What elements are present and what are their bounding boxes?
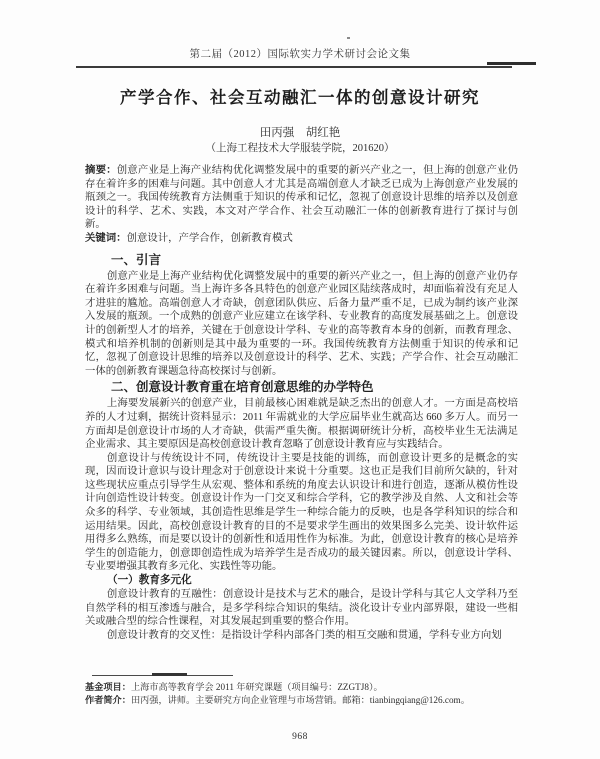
content-column: 摘要：创意产业是上海产业结构优化调整发展中的重要的新兴产业之一，但上海的创意产业… [85, 164, 518, 642]
running-header: 第二届（2012）国际软实力学术研讨会论文集 [0, 46, 600, 61]
affiliation: （上海工程技术大学服装学院，201620） [0, 140, 600, 155]
abstract-label: 摘要： [85, 165, 117, 176]
subsection-1-paragraph-2: 创意设计教育的交叉性：是指设计学科内部各门类的相互交融和贯通，学科专业方向划 [85, 629, 518, 643]
keywords-label: 关键词： [85, 233, 127, 244]
header-rule-artifact [487, 62, 536, 65]
subsection-education-diversification: （一）教育多元化 创意设计教育的互融性：创意设计是技术与艺术的融合，是设计学科与… [85, 574, 518, 642]
scan-artifact-dot [347, 37, 350, 39]
abstract: 摘要：创意产业是上海产业结构优化调整发展中的重要的新兴产业之一，但上海的创意产业… [85, 164, 518, 232]
footnote-separator-artifact [152, 673, 187, 676]
keywords-text: 创意设计，产学合作，创新教育模式 [127, 233, 293, 244]
authors: 田丙强 胡红艳 [0, 124, 600, 140]
section-1-paragraph-1: 创意产业是上海产业结构优化调整发展中的重要的新兴产业之一，但上海的创意产业仍存在… [85, 270, 518, 379]
section-1-heading: 一、引言 [85, 252, 518, 269]
paper-page: 第二届（2012）国际软实力学术研讨会论文集 产学合作、社会互动融汇一体的创意设… [0, 0, 600, 759]
footnote-funding: 基金项目：上海市高等教育学会 2011 年研究课题（项目编号：ZZGTJ8）。 [85, 681, 525, 694]
subsection-1-paragraph-1: 创意设计教育的互融性：创意设计是技术与艺术的融合，是设计学科与其它人文学科乃至自… [85, 588, 518, 629]
footnote-funding-label: 基金项目： [85, 682, 131, 692]
footnote-author-bio: 作者简介：田丙强，讲师。主要研究方向企业管理与市场营销。邮箱：tianbingq… [85, 694, 525, 707]
section-2-paragraph-2: 创意设计与传统设计不同，传统设计主要是技能的训练，而创意设计更多的是概念的实现，… [85, 452, 518, 574]
section-2-paragraph-1: 上海要发展新兴的创意产业，目前最核心困难就是缺乏杰出的创意人才。一方面是高校培养… [85, 397, 518, 451]
paper-title: 产学合作、社会互动融汇一体的创意设计研究 [0, 84, 600, 108]
keywords: 关键词：创意设计，产学合作，创新教育模式 [85, 232, 518, 246]
subsection-1-heading: （一）教育多元化 [85, 574, 518, 588]
section-introduction: 一、引言 创意产业是上海产业结构优化调整发展中的重要的新兴产业之一，但上海的创意… [85, 252, 518, 379]
header-rule [76, 66, 512, 68]
section-2-heading: 二、创意设计教育重在培育创意思维的办学特色 [85, 379, 518, 396]
footnote-author-bio-label: 作者简介： [85, 695, 131, 705]
footnotes: 基金项目：上海市高等教育学会 2011 年研究课题（项目编号：ZZGTJ8）。 … [85, 681, 525, 707]
abstract-text: 创意产业是上海产业结构优化调整发展中的重要的新兴产业之一，但上海的创意产业仍存在… [85, 165, 518, 230]
page-number: 968 [0, 732, 600, 742]
footnote-funding-text: 上海市高等教育学会 2011 年研究课题（项目编号：ZZGTJ8）。 [131, 682, 383, 692]
section-creative-education: 二、创意设计教育重在培育创意思维的办学特色 上海要发展新兴的创意产业，目前最核心… [85, 379, 518, 574]
footnote-author-bio-text: 田丙强，讲师。主要研究方向企业管理与市场营销。邮箱：tianbingqiang@… [131, 695, 470, 705]
